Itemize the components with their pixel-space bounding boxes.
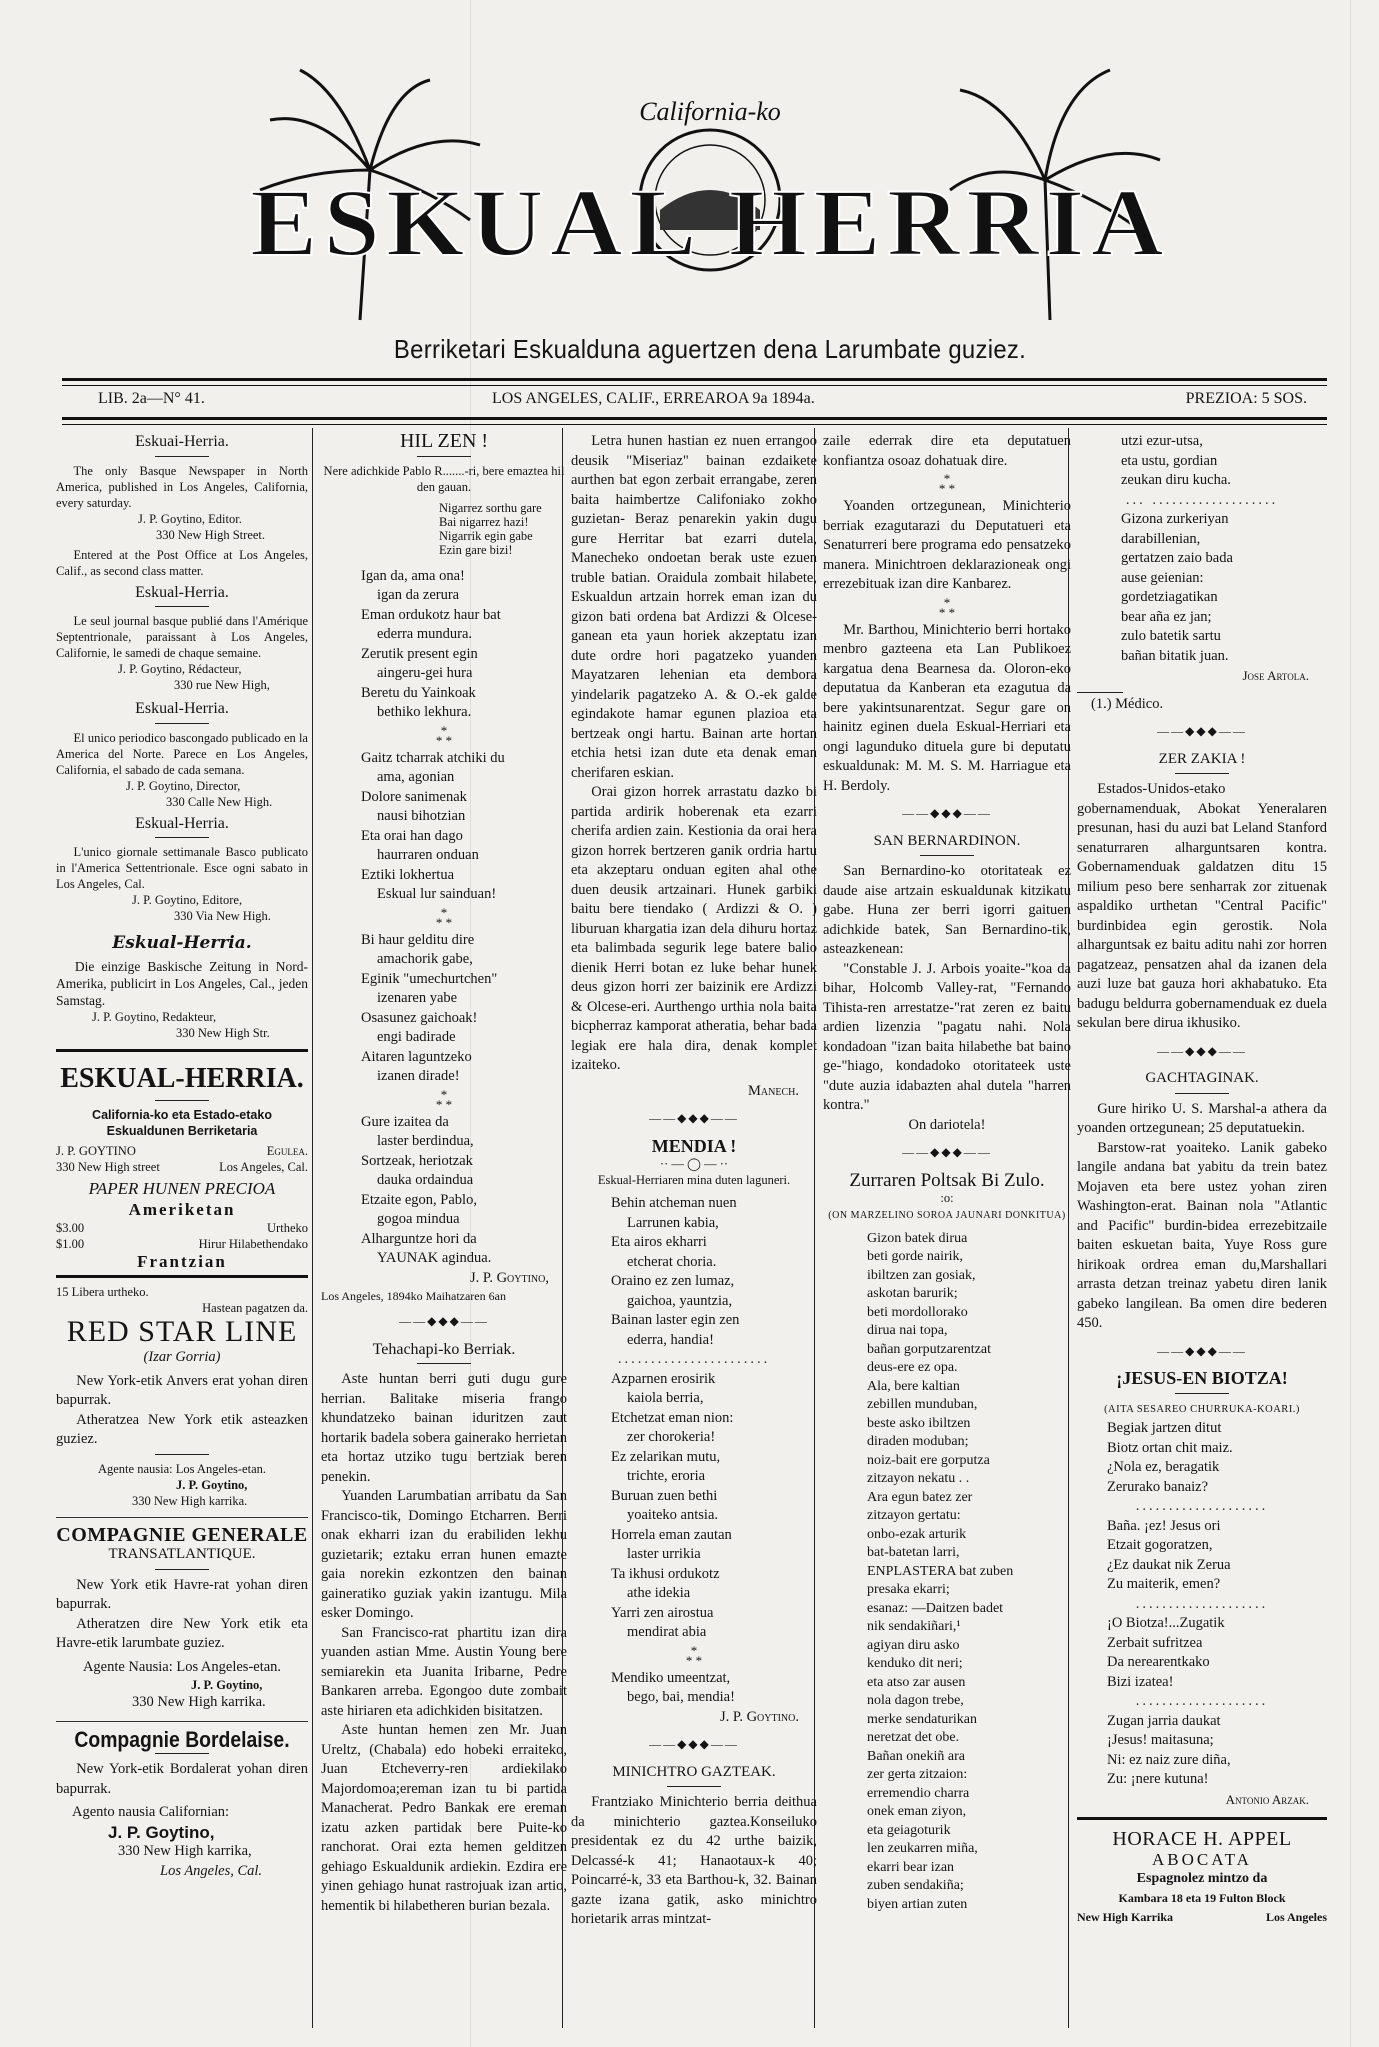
poem-line: kaiola berria, bbox=[611, 1389, 817, 1409]
price-row: $1.00Hirur Hilabethendako bbox=[56, 1236, 308, 1252]
epigraph-line: Nigarrik egin gabe bbox=[439, 529, 567, 543]
article-gachtaginak: GACHTAGINAK. Gure hiriko U. S. Marshal-a… bbox=[1077, 1069, 1327, 1334]
ad-compagnie-bordelaise: Compagnie Bordelaise. New York-etik Bord… bbox=[56, 1730, 308, 1882]
poem-line: Beretu du Yainkoak bbox=[361, 684, 567, 704]
paragraph: San Francisco-rat phartitu izan dira yua… bbox=[321, 1624, 567, 1722]
ad-location-row: New High KarrikaLos Angeles bbox=[1077, 1908, 1327, 1928]
ad-agent: Agento nausia Californian: bbox=[56, 1803, 308, 1823]
article-zurraren-cont: utzi ezur-utsa, eta ustu, gordian zeukan… bbox=[1077, 432, 1327, 714]
paragraph: Gure hiriko U. S. Marshal-a athera da yo… bbox=[1077, 1100, 1327, 1139]
poem-line: Ni: ez naiz zure diña, bbox=[1107, 1751, 1327, 1771]
poem-line: ¡O Biotza!...Zugatik bbox=[1107, 1614, 1327, 1634]
poem-line: erremendio charra bbox=[867, 1785, 1071, 1804]
poem-line: Dolore sanimenak bbox=[361, 788, 567, 808]
epigraph-line: Ezin gare bizi! bbox=[439, 543, 567, 557]
poem-line: Etzaite egon, Pablo, bbox=[361, 1191, 567, 1211]
ad-city: Los Angeles bbox=[1266, 1908, 1327, 1928]
poem-line: igan da zerura bbox=[361, 586, 567, 606]
dedication: Nere adichkide Pablo R.......-ri, bere e… bbox=[321, 463, 567, 495]
poem-line: Azparnen erosirik bbox=[611, 1370, 817, 1390]
price-region: Frantzian bbox=[56, 1252, 308, 1272]
poem-line: Aitaren laguntzeko bbox=[361, 1048, 567, 1068]
poem-line: zitzayon gertatu: bbox=[867, 1507, 1071, 1526]
poem-line: zer chorokeria! bbox=[611, 1428, 817, 1448]
article-title: Tehachapi-ko Berriak. bbox=[321, 1340, 567, 1360]
poem-line: ¿Nola ez, beragatik bbox=[1107, 1458, 1327, 1478]
paragraph: Estados-Unidos-etako gobernamenduak, Abo… bbox=[1077, 780, 1327, 1034]
column-2: HIL ZEN ! Nere adichkide Pablo R.......-… bbox=[312, 428, 567, 2028]
poem-line: zeukan diru kucha. bbox=[1121, 471, 1327, 491]
notice-title: Eskuai-Herria. bbox=[56, 432, 308, 452]
poem-line: mendirat abia bbox=[611, 1623, 817, 1643]
asterism: ** * bbox=[321, 1090, 567, 1110]
article-title: ZER ZAKIA ! bbox=[1077, 750, 1327, 770]
poem-line: Gure izaitea da bbox=[361, 1113, 567, 1133]
masthead-illustration: California-ko ESKUAL HERRIA bbox=[230, 50, 1190, 330]
ad-subtitle: (Izar Gorria) bbox=[56, 1348, 308, 1368]
notice-editor: J. P. Goytino, Editore, bbox=[56, 892, 308, 908]
poem-line: nola dagon trebe, bbox=[867, 1692, 1071, 1711]
poem-line: etcherat choria. bbox=[611, 1253, 817, 1273]
ad-horace-appel: HORACE H. APPEL ABOCATA Espagnolez mintz… bbox=[1077, 1830, 1327, 1928]
ornament-divider: ——◆◆◆—— bbox=[321, 1312, 567, 1332]
masthead-subtitle: Berriketari Eskualduna aguertzen dena La… bbox=[268, 334, 1151, 365]
notice-address: 330 Calle New High. bbox=[56, 794, 308, 810]
poem-line: bat-batetan larri, bbox=[867, 1544, 1071, 1563]
poem-line: biyen artian zuten bbox=[867, 1896, 1071, 1915]
notice-spanish: Eskual-Herria. El unico periodico bascon… bbox=[56, 699, 308, 810]
dedication: (ON MARZELINO SOROA JAUNARI DONKITUA) bbox=[823, 1206, 1071, 1226]
article-title: Zurraren Poltsak Bi Zulo. bbox=[823, 1171, 1071, 1191]
poem-line: neretzat det obe. bbox=[867, 1729, 1071, 1748]
poem-line: Zugan jarria daukat bbox=[1107, 1712, 1327, 1732]
notice-french: Eskual-Herria. Le seul journal basque pu… bbox=[56, 583, 308, 694]
poem-line: Osasunez gaichoak! bbox=[361, 1009, 567, 1029]
box-editor-row: J. P. GOYTINOEgulea. bbox=[56, 1143, 308, 1159]
ad-red-star-line: RED STAR LINE (Izar Gorria) New York-eti… bbox=[56, 1316, 308, 1509]
poem-line: athe idekia bbox=[611, 1584, 817, 1604]
ornament-divider: ——◆◆◆—— bbox=[1077, 722, 1327, 742]
notice-address: 330 New High Str. bbox=[56, 1025, 308, 1041]
fold-line bbox=[1350, 0, 1351, 2047]
poem-line: ederra, handia! bbox=[611, 1331, 817, 1351]
notice-german: Eskual-Herria. Die einzige Baskische Zei… bbox=[56, 934, 308, 1041]
signature: J. P. Goytino, bbox=[321, 1269, 567, 1289]
divider bbox=[667, 1786, 721, 1787]
divider bbox=[155, 723, 209, 724]
poem: Azparnen erosirikkaiola berria, Etchetza… bbox=[571, 1370, 817, 1643]
poem-line: Etzait gogoratzen, bbox=[1107, 1536, 1327, 1556]
poem: Begiak jartzen ditut Biotz ortan chit ma… bbox=[1077, 1419, 1327, 1497]
poem-line: Sortzeak, heriotzak bbox=[361, 1152, 567, 1172]
poem-line: Bizi izatea! bbox=[1107, 1673, 1327, 1693]
poem-line: Zerutik present egin bbox=[361, 645, 567, 665]
poem: Behin atcheman nuenLarrunen kabia, Eta a… bbox=[571, 1194, 817, 1350]
dotted-divider: .................... bbox=[1077, 1595, 1327, 1615]
poem-line: ¿Ez daukat nik Zerua bbox=[1107, 1556, 1327, 1576]
poem-line: Eta airos ekharri bbox=[611, 1233, 817, 1253]
notice-title: Eskual-Herria. bbox=[56, 814, 308, 834]
poem-line: noiz-bait ere gorputza bbox=[867, 1452, 1071, 1471]
notice-title: Eskual-Herria. bbox=[56, 583, 308, 603]
price-heading: PAPER HUNEN PRECIOA bbox=[56, 1179, 308, 1199]
ad-agent-name: J. P. Goytino, bbox=[56, 1677, 308, 1693]
article-zurraren: Zurraren Poltsak Bi Zulo. :o: (ON MARZEL… bbox=[823, 1171, 1071, 1915]
paragraph: Mr. Barthou, Minichterio berri hortako m… bbox=[823, 621, 1071, 797]
poem-line: eta ustu, gordian bbox=[1121, 452, 1327, 472]
poem-line: onbo-ezak arturik bbox=[867, 1526, 1071, 1545]
poem-line: Zu maiterik, emen? bbox=[1107, 1575, 1327, 1595]
notice-body: El unico periodico bascongado publicado … bbox=[56, 730, 308, 778]
poem-line: ekarri bear izan bbox=[867, 1859, 1071, 1878]
box-title: ESKUAL-HERRIA. bbox=[56, 1062, 308, 1096]
poem-line: Bañan onekiñ ara bbox=[867, 1748, 1071, 1767]
paragraph: Letra hunen hastian ez nuen errangoo deu… bbox=[571, 432, 817, 783]
poem-line: beti mordollorako bbox=[867, 1304, 1071, 1323]
ad-title: HORACE H. APPEL bbox=[1077, 1830, 1327, 1850]
poem-line: len zeukarren miña, bbox=[867, 1840, 1071, 1859]
notice-body: Die einzige Baskische Zeitung in Nord-Am… bbox=[56, 958, 308, 1009]
closing: On dariotela! bbox=[823, 1116, 1071, 1136]
paragraph: San Bernardino-ko otoritateak ez daude a… bbox=[823, 862, 1071, 960]
price-label: Hirur Hilabethendako bbox=[199, 1236, 308, 1252]
epigraph-line: Bai nigarrez hazi! bbox=[439, 515, 567, 529]
poem-line: Gizona zurkeriyan bbox=[1121, 510, 1327, 530]
paragraph: zaile ederrak dire eta deputatuen konfia… bbox=[823, 432, 1071, 471]
divider: :o: bbox=[823, 1190, 1071, 1206]
notice-title: Eskual-Herria. bbox=[56, 934, 308, 954]
notice-title: Eskual-Herria. bbox=[56, 699, 308, 719]
ad-title: COMPAGNIE GENERALE bbox=[56, 1526, 308, 1546]
dedication: (AITA SESAREO CHURRUKA-KOARI.) bbox=[1077, 1400, 1327, 1420]
asterism: ** * bbox=[321, 908, 567, 928]
ad-agent-name: J. P. Goytino, bbox=[56, 1477, 308, 1493]
divider bbox=[155, 1454, 209, 1455]
poem-line: Ara egun batez zer bbox=[867, 1489, 1071, 1508]
notice-editor: J. P. Goytino, Editor. bbox=[56, 511, 308, 527]
poem-line: gaichoa, yauntzia, bbox=[611, 1292, 817, 1312]
notice-body: Le seul journal basque publié dans l'Amé… bbox=[56, 613, 308, 661]
paragraph: Aste huntan berri guti dugu gure herrian… bbox=[321, 1370, 567, 1487]
subscription-box: ESKUAL-HERRIA. California-ko eta Estado-… bbox=[56, 1062, 308, 1317]
poem-line: izanen dirade! bbox=[361, 1067, 567, 1087]
poem-line: diraden moduban; bbox=[867, 1433, 1071, 1452]
article-letter: Letra hunen hastian ez nuen errangoo deu… bbox=[571, 432, 817, 1101]
epigraph-line: Nigarrez sorthu gare bbox=[439, 501, 567, 515]
article-title: SAN BERNARDINON. bbox=[823, 832, 1071, 852]
paragraph: Yoanden ortzegunean, Minichterio berriak… bbox=[823, 497, 1071, 595]
article-minichtro-cont: zaile ederrak dire eta deputatuen konfia… bbox=[823, 432, 1071, 796]
divider bbox=[1175, 1393, 1229, 1394]
poem-line: Eta orai han dago bbox=[361, 827, 567, 847]
article-title: ¡JESUS-EN BIOTZA! bbox=[1077, 1369, 1327, 1389]
article-hil-zen: HIL ZEN ! Nere adichkide Pablo R.......-… bbox=[321, 432, 567, 1304]
ad-agent-address: 330 New High karrika, bbox=[56, 1842, 308, 1862]
asterism: ** * bbox=[571, 1646, 817, 1666]
poem-line: Gizon batek dirua bbox=[867, 1230, 1071, 1249]
poem-line: ause geienian: bbox=[1121, 569, 1327, 589]
paragraph: Frantziako Minichterio berria deithua da… bbox=[571, 1793, 817, 1930]
poem-line: Ez zelarikan mutu, bbox=[611, 1448, 817, 1468]
dotted-divider: ... ................... bbox=[1077, 491, 1327, 511]
column-1: Eskuai-Herria. The only Basque Newspaper… bbox=[56, 428, 308, 2028]
poem-line: beti gorde nairik, bbox=[867, 1248, 1071, 1267]
paragraph: Yuanden Larumbatian arribatu da San Fran… bbox=[321, 1487, 567, 1624]
notice-address: 330 rue New High, bbox=[56, 677, 308, 693]
divider bbox=[1077, 1817, 1327, 1820]
poem-line: yoaiteko antsia. bbox=[611, 1506, 817, 1526]
poem-line: dauka ordaindua bbox=[361, 1171, 567, 1191]
ornament-divider: ——◆◆◆—— bbox=[1077, 1342, 1327, 1362]
dateline-top-rule bbox=[62, 378, 1327, 386]
signature: J. P. Goytino. bbox=[571, 1708, 817, 1728]
divider bbox=[1175, 1093, 1229, 1094]
poem-line: Igan da, ama ona! bbox=[361, 567, 567, 587]
ornament-divider: ——◆◆◆—— bbox=[571, 1109, 817, 1129]
paragraph: Barstow-rat yoaiteko. Lanik gabeko langi… bbox=[1077, 1139, 1327, 1334]
notice-entered: Entered at the Post Office at Los Angele… bbox=[56, 547, 308, 579]
signature: Antonio Arzak. bbox=[1077, 1790, 1327, 1810]
poem-line: askotan barurik; bbox=[867, 1285, 1071, 1304]
divider bbox=[417, 456, 471, 457]
footnote-rule bbox=[1077, 692, 1123, 693]
divider bbox=[56, 1721, 308, 1722]
poem-line: YAUNAK agindua. bbox=[361, 1249, 567, 1269]
article-san-bernardino: SAN BERNARDINON. San Bernardino-ko otori… bbox=[823, 832, 1071, 1136]
dotted-divider: ....................... bbox=[571, 1350, 817, 1370]
ornament-divider: ——◆◆◆—— bbox=[1077, 1042, 1327, 1062]
notice-address: 330 New High Street. bbox=[56, 527, 308, 543]
poem-line: aingeru-gei hura bbox=[361, 664, 567, 684]
poem-line: Larrunen kabia, bbox=[611, 1214, 817, 1234]
price-region: Ameriketan bbox=[56, 1200, 308, 1220]
poem-line: Bi haur gelditu dire bbox=[361, 931, 567, 951]
poem-line: laster berdindua, bbox=[361, 1132, 567, 1152]
place-date: Los Angeles, 1894ko Maihatzaren 6an bbox=[321, 1288, 567, 1304]
poem-line: eta geiagoturik bbox=[867, 1822, 1071, 1841]
column-4: zaile ederrak dire eta deputatuen konfia… bbox=[814, 428, 1071, 2028]
poem-line: darabillenian, bbox=[1121, 530, 1327, 550]
ornament-divider: ——◆◆◆—— bbox=[823, 1143, 1071, 1163]
dateline: LIB. 2a—N° 41. LOS ANGELES, CALIF., ERRE… bbox=[62, 388, 1327, 416]
volume-number: LIB. 2a—N° 41. bbox=[98, 390, 205, 408]
poem-line: zulo batetik sartu bbox=[1121, 627, 1327, 647]
notice-body: The only Basque Newspaper in North Ameri… bbox=[56, 463, 308, 511]
poem-line: laster urrikia bbox=[611, 1545, 817, 1565]
poem-line: utzi ezur-utsa, bbox=[1121, 432, 1327, 452]
poem-line: engi badirade bbox=[361, 1028, 567, 1048]
ad-text: Atheratzen dire New York etik eta Havre-… bbox=[56, 1615, 308, 1654]
ad-subtitle: ABOCATA bbox=[1077, 1850, 1327, 1870]
poem-line: ibiltzen zan gosiak, bbox=[867, 1267, 1071, 1286]
masthead: California-ko ESKUAL HERRIA bbox=[230, 50, 1190, 330]
poem-line: Begiak jartzen ditut bbox=[1107, 1419, 1327, 1439]
notice-english: Eskuai-Herria. The only Basque Newspaper… bbox=[56, 432, 308, 579]
divider bbox=[155, 1753, 209, 1754]
poem-line: Zerurako banaiz? bbox=[1107, 1478, 1327, 1498]
poem-line: Etchetzat eman nion: bbox=[611, 1409, 817, 1429]
article-title: MENDIA ! bbox=[571, 1137, 817, 1157]
ad-address: Kambara 18 eta 19 Fulton Block bbox=[1077, 1889, 1327, 1909]
notice-editor: J. P. Goytino, Rédacteur, bbox=[56, 661, 308, 677]
ornament-divider: ——◆◆◆—— bbox=[571, 1735, 817, 1755]
dateline-bottom-rule bbox=[62, 417, 1327, 425]
article-tehachapi: Tehachapi-ko Berriak. Aste huntan berri … bbox=[321, 1340, 567, 1917]
dedication: Eskual-Herriaren mina duten laguneri. bbox=[571, 1172, 817, 1188]
city: Los Angeles, Cal. bbox=[219, 1159, 308, 1175]
poem-line: zebillen munduban, bbox=[867, 1396, 1071, 1415]
signature: Manech. bbox=[571, 1082, 817, 1102]
poem-line: ama, agonian bbox=[361, 768, 567, 788]
divider bbox=[56, 1049, 308, 1052]
article-title: GACHTAGINAK. bbox=[1077, 1069, 1327, 1089]
poem-line: zitzayon nekatu . . bbox=[867, 1470, 1071, 1489]
editor-role: Egulea. bbox=[267, 1143, 308, 1159]
dotted-divider: .................... bbox=[1077, 1497, 1327, 1517]
divider bbox=[56, 1275, 308, 1278]
poem-line: bear aña ez jan; bbox=[1121, 608, 1327, 628]
address: 330 New High street bbox=[56, 1159, 160, 1175]
poem-line: bego, bai, mendia! bbox=[611, 1688, 817, 1708]
divider bbox=[56, 1517, 308, 1518]
article-title: HIL ZEN ! bbox=[321, 432, 567, 452]
box-tagline: Eskualdunen Berriketaria bbox=[56, 1123, 308, 1139]
poem-line: Gaitz tcharrak atchiki du bbox=[361, 749, 567, 769]
poem-line: gertatzen zaio bada bbox=[1121, 549, 1327, 569]
poem: Gaitz tcharrak atchiki duama, agonian Do… bbox=[321, 749, 567, 905]
divider bbox=[417, 1363, 471, 1364]
poem-line: izenaren yabe bbox=[361, 989, 567, 1009]
poem: Bi haur gelditu direamachorik gabe, Egin… bbox=[321, 931, 567, 1087]
poem-line: Da nerearentkako bbox=[1107, 1653, 1327, 1673]
poem-line: nik sendakiñari,¹ bbox=[867, 1618, 1071, 1637]
poem-line: Yarri zen airostua bbox=[611, 1604, 817, 1624]
box-tagline: California-ko eta Estado-etako bbox=[56, 1107, 308, 1123]
poem-line: Zerbait sufritzea bbox=[1107, 1634, 1327, 1654]
ornament-divider: ——◆◆◆—— bbox=[823, 804, 1071, 824]
divider bbox=[1175, 773, 1229, 774]
poem: Zugan jarria daukat ¡Jesus! maitasuna; N… bbox=[1077, 1712, 1327, 1790]
newspaper-page: California-ko ESKUAL HERRIA Berriketari … bbox=[0, 0, 1379, 2047]
signature: Jose Artola. bbox=[1077, 666, 1327, 686]
epigraph: Nigarrez sorthu gare Bai nigarrez hazi! … bbox=[321, 501, 567, 557]
poem-line: ENPLASTERA bat zuben bbox=[867, 1563, 1071, 1582]
poem-line: Eskual lur sainduan! bbox=[361, 885, 567, 905]
poem-line: Eginik "umechurtchen" bbox=[361, 970, 567, 990]
payment-note: Hastean pagatzen da. bbox=[56, 1300, 308, 1316]
ad-text: Espagnolez mintzo da bbox=[1077, 1869, 1327, 1889]
divider bbox=[155, 456, 209, 457]
notice-address: 330 Via New High. bbox=[56, 908, 308, 924]
ad-agent: Agente nausia: Los Angeles-etan. bbox=[56, 1461, 308, 1477]
column-3: Letra hunen hastian ez nuen errangoo deu… bbox=[562, 428, 817, 2028]
dotted-divider: .................... bbox=[1077, 1692, 1327, 1712]
ad-agent-city: Los Angeles, Cal. bbox=[56, 1862, 308, 1882]
poem-line: Eztiki lokhertua bbox=[361, 866, 567, 886]
poem: Igan da, ama ona!igan da zerura Eman ord… bbox=[321, 567, 567, 723]
poem-line: Oraino ez zen lumaz, bbox=[611, 1272, 817, 1292]
price-amount: $3.00 bbox=[56, 1220, 84, 1236]
poem: Gizon batek diruabeti gorde nairik,ibilt… bbox=[823, 1230, 1071, 1915]
poem-line: gordetziagatikan bbox=[1121, 588, 1327, 608]
poem-line: kenduko dit neri; bbox=[867, 1655, 1071, 1674]
paragraph: "Constable J. J. Arbois yoaite-"koa da b… bbox=[823, 960, 1071, 1116]
notice-body: L'unico giornale settimanale Basco publi… bbox=[56, 844, 308, 892]
ad-street: New High Karrika bbox=[1077, 1908, 1173, 1928]
poem-line: amachorik gabe, bbox=[361, 950, 567, 970]
france-price: 15 Libera urtheko. bbox=[56, 1284, 308, 1300]
article-zer-zakia: ZER ZAKIA ! Estados-Unidos-etako goberna… bbox=[1077, 750, 1327, 1034]
ad-text: New York-etik Anvers erat yohan diren ba… bbox=[56, 1372, 308, 1411]
poem-line: dirua nai topa, bbox=[867, 1322, 1071, 1341]
poem: Gizona zurkeriyan darabillenian, gertatz… bbox=[1077, 510, 1327, 666]
poem: utzi ezur-utsa, eta ustu, gordian zeukan… bbox=[1077, 432, 1327, 491]
poem-line: ¡Jesus! maitasuna; bbox=[1107, 1731, 1327, 1751]
poem-line: Mendiko umeentzat, bbox=[611, 1669, 817, 1689]
poem-line: onek eman ziyon, bbox=[867, 1803, 1071, 1822]
price-row: $3.00Urtheko bbox=[56, 1220, 308, 1236]
price-amount: $1.00 bbox=[56, 1236, 84, 1252]
notice-italian: Eskual-Herria. L'unico giornale settiman… bbox=[56, 814, 308, 925]
poem-line: bañan bitatik juan. bbox=[1121, 647, 1327, 667]
notice-editor: J. P. Goytino, Redakteur, bbox=[56, 1009, 308, 1025]
article-minichtro: MINICHTRO GAZTEAK. Frantziako Minichteri… bbox=[571, 1763, 817, 1930]
poem-line: zer gerta zitzaion: bbox=[867, 1766, 1071, 1785]
notice-editor: J. P. Goytino, Director, bbox=[56, 778, 308, 794]
poem-line: deus-ere ez opa. bbox=[867, 1359, 1071, 1378]
poem: Mendiko umeentzat,bego, bai, mendia! bbox=[571, 1669, 817, 1708]
poem-line: presaka ekarri; bbox=[867, 1581, 1071, 1600]
poem-line: Buruan zuen bethi bbox=[611, 1487, 817, 1507]
ad-text: New York etik Havre-rat yohan diren bapu… bbox=[56, 1576, 308, 1615]
poem-line: haurraren onduan bbox=[361, 846, 567, 866]
poem-line: agiyan diru asko bbox=[867, 1637, 1071, 1656]
paragraph: Orai gizon horrek arrastatu dazko bi par… bbox=[571, 783, 817, 1076]
poem-line: ederra mundura. bbox=[361, 625, 567, 645]
ad-text: Atheratzea New York etik asteazken guzie… bbox=[56, 1411, 308, 1450]
asterism: ** * bbox=[823, 598, 1071, 618]
paragraph: Aste huntan hemen zen Mr. Juan Ureltz, (… bbox=[321, 1721, 567, 1916]
asterism: ** * bbox=[823, 474, 1071, 494]
price-label: Urtheko bbox=[267, 1220, 308, 1236]
poem-line: Alharguntze hori da bbox=[361, 1230, 567, 1250]
poem-line: bañan gorputzarentzat bbox=[867, 1341, 1071, 1360]
poem-line: beste asko ibiltzen bbox=[867, 1415, 1071, 1434]
poem: Baña. ¡ez! Jesus ori Etzait gogoratzen, … bbox=[1077, 1517, 1327, 1595]
poem-line: bethiko lekhura. bbox=[361, 703, 567, 723]
poem-line: esanaz: —Daitzen badet bbox=[867, 1600, 1071, 1619]
poem-line: nausi bihotzian bbox=[361, 807, 567, 827]
article-title: MINICHTRO GAZTEAK. bbox=[571, 1763, 817, 1783]
ad-agent-address: 330 New High karrika. bbox=[56, 1693, 308, 1713]
poem-line: eta atso zar ausen bbox=[867, 1674, 1071, 1693]
divider bbox=[920, 855, 974, 856]
ad-subtitle: TRANSATLANTIQUE. bbox=[56, 1545, 308, 1565]
article-jesus-en-biotza: ¡JESUS-EN BIOTZA! (AITA SESAREO CHURRUKA… bbox=[1077, 1369, 1327, 1809]
ad-compagnie-generale: COMPAGNIE GENERALE TRANSATLANTIQUE. New … bbox=[56, 1526, 308, 1713]
divider: ·· — ◯ — ·· bbox=[571, 1156, 817, 1172]
footnote: (1.) Médico. bbox=[1077, 695, 1327, 715]
poem: Gure izaitea dalaster berdindua, Sortzea… bbox=[321, 1113, 567, 1269]
article-mendia: MENDIA ! ·· — ◯ — ·· Eskual-Herriaren mi… bbox=[571, 1137, 817, 1728]
price: PREZIOA: 5 SOS. bbox=[1186, 390, 1307, 408]
poem-line: Bainan laster egin zen bbox=[611, 1311, 817, 1331]
poem-line: zuben sendakiña; bbox=[867, 1877, 1071, 1896]
poem-line: gogoa mindua bbox=[361, 1210, 567, 1230]
ad-agent-name: J. P. Goytino, bbox=[56, 1823, 308, 1843]
poem-line: Ala, bere kaltian bbox=[867, 1378, 1071, 1397]
divider bbox=[155, 1100, 209, 1101]
